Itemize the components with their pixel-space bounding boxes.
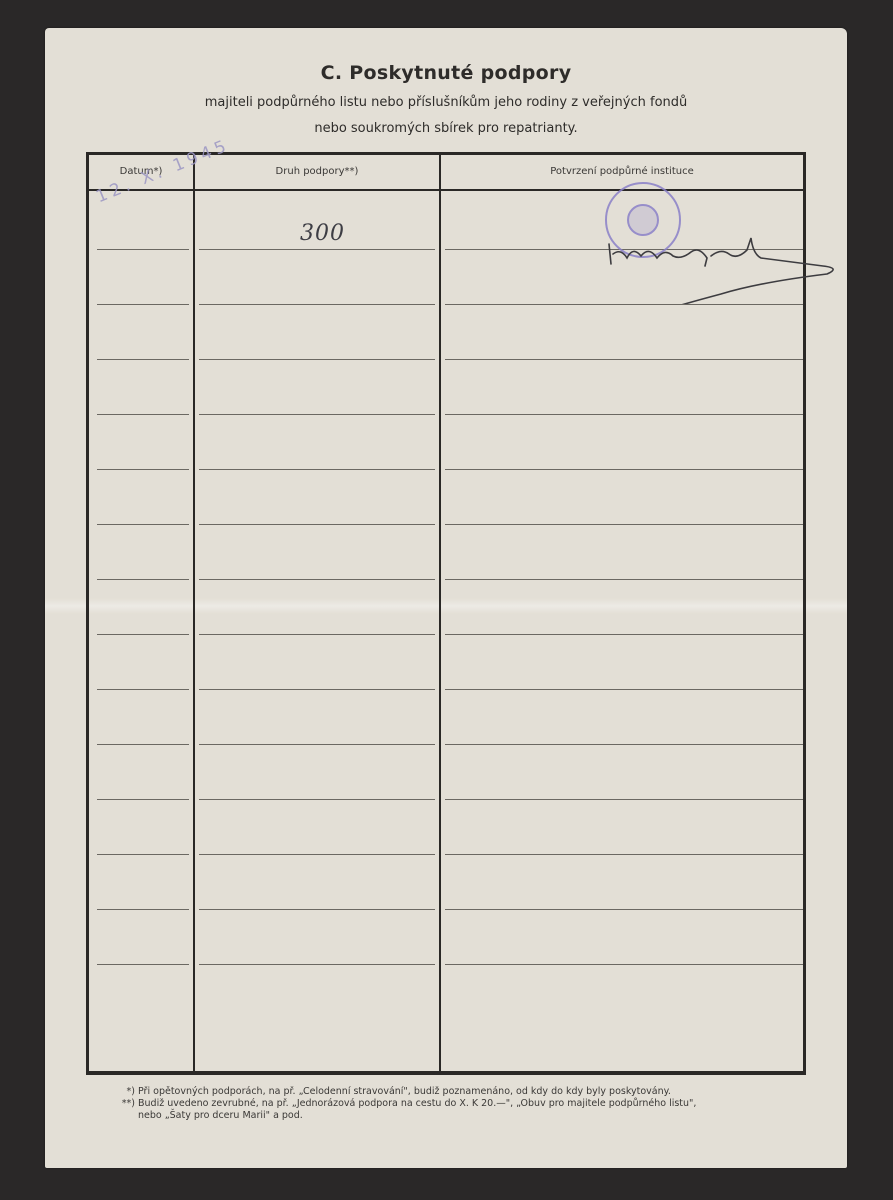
row-rule (97, 414, 189, 415)
row-rule (97, 634, 189, 635)
column-header-potvrzeni: Potvrzení podpůrné instituce (441, 166, 803, 177)
row-rule (199, 909, 435, 910)
footnote-2: **)Budiž uvedeno zevrubné, na př. „Jedno… (115, 1098, 696, 1110)
row-rule (445, 689, 803, 690)
page-title: C. Poskytnuté podpory (45, 62, 847, 84)
row-rule (199, 304, 435, 305)
row-rule (199, 359, 435, 360)
footnote-2-continued: nebo „Šaty pro dceru Marii" a pod. (115, 1110, 696, 1122)
header-divider (89, 189, 803, 191)
column-header-druh-podpory: Druh podpory**) (195, 166, 439, 177)
row-rule (97, 469, 189, 470)
row-rule (199, 634, 435, 635)
row-rule (199, 524, 435, 525)
footnote-1: *)Při opětovných podporách, na př. „Celo… (115, 1086, 696, 1098)
row-rule (97, 249, 189, 250)
signature-icon (601, 224, 861, 304)
row-rule (445, 634, 803, 635)
row-rule (445, 469, 803, 470)
row-rule (199, 964, 435, 965)
row-rule (445, 414, 803, 415)
row-rule (97, 359, 189, 360)
row-rule (199, 744, 435, 745)
row-rule (199, 469, 435, 470)
row-rule (199, 249, 435, 250)
row-rule (445, 744, 803, 745)
row-rule (445, 359, 803, 360)
row-rule (97, 744, 189, 745)
row-rule (199, 689, 435, 690)
handwritten-amount: 300 (300, 221, 345, 246)
subtitle-line-2: nebo soukromých sbírek pro repatrianty. (45, 121, 847, 136)
row-rule (97, 689, 189, 690)
column-divider-2 (439, 155, 441, 1071)
row-rule (445, 304, 803, 305)
row-rule (97, 579, 189, 580)
row-rule (445, 854, 803, 855)
row-rule (97, 854, 189, 855)
row-rule (199, 414, 435, 415)
row-rule (445, 909, 803, 910)
row-rule (97, 799, 189, 800)
row-rule (97, 524, 189, 525)
row-rule (445, 524, 803, 525)
row-rule (445, 964, 803, 965)
row-rule (199, 579, 435, 580)
row-rule (199, 854, 435, 855)
row-rule (445, 579, 803, 580)
row-rule (445, 799, 803, 800)
footnotes: *)Při opětovných podporách, na př. „Celo… (115, 1086, 696, 1122)
column-divider-1 (193, 155, 195, 1071)
row-rule (97, 909, 189, 910)
row-rule (199, 799, 435, 800)
row-rule (97, 304, 189, 305)
document-page: C. Poskytnuté podpory majiteli podpůrnéh… (45, 28, 847, 1168)
subtitle-line-1: majiteli podpůrného listu nebo příslušní… (45, 95, 847, 110)
row-rule (97, 964, 189, 965)
